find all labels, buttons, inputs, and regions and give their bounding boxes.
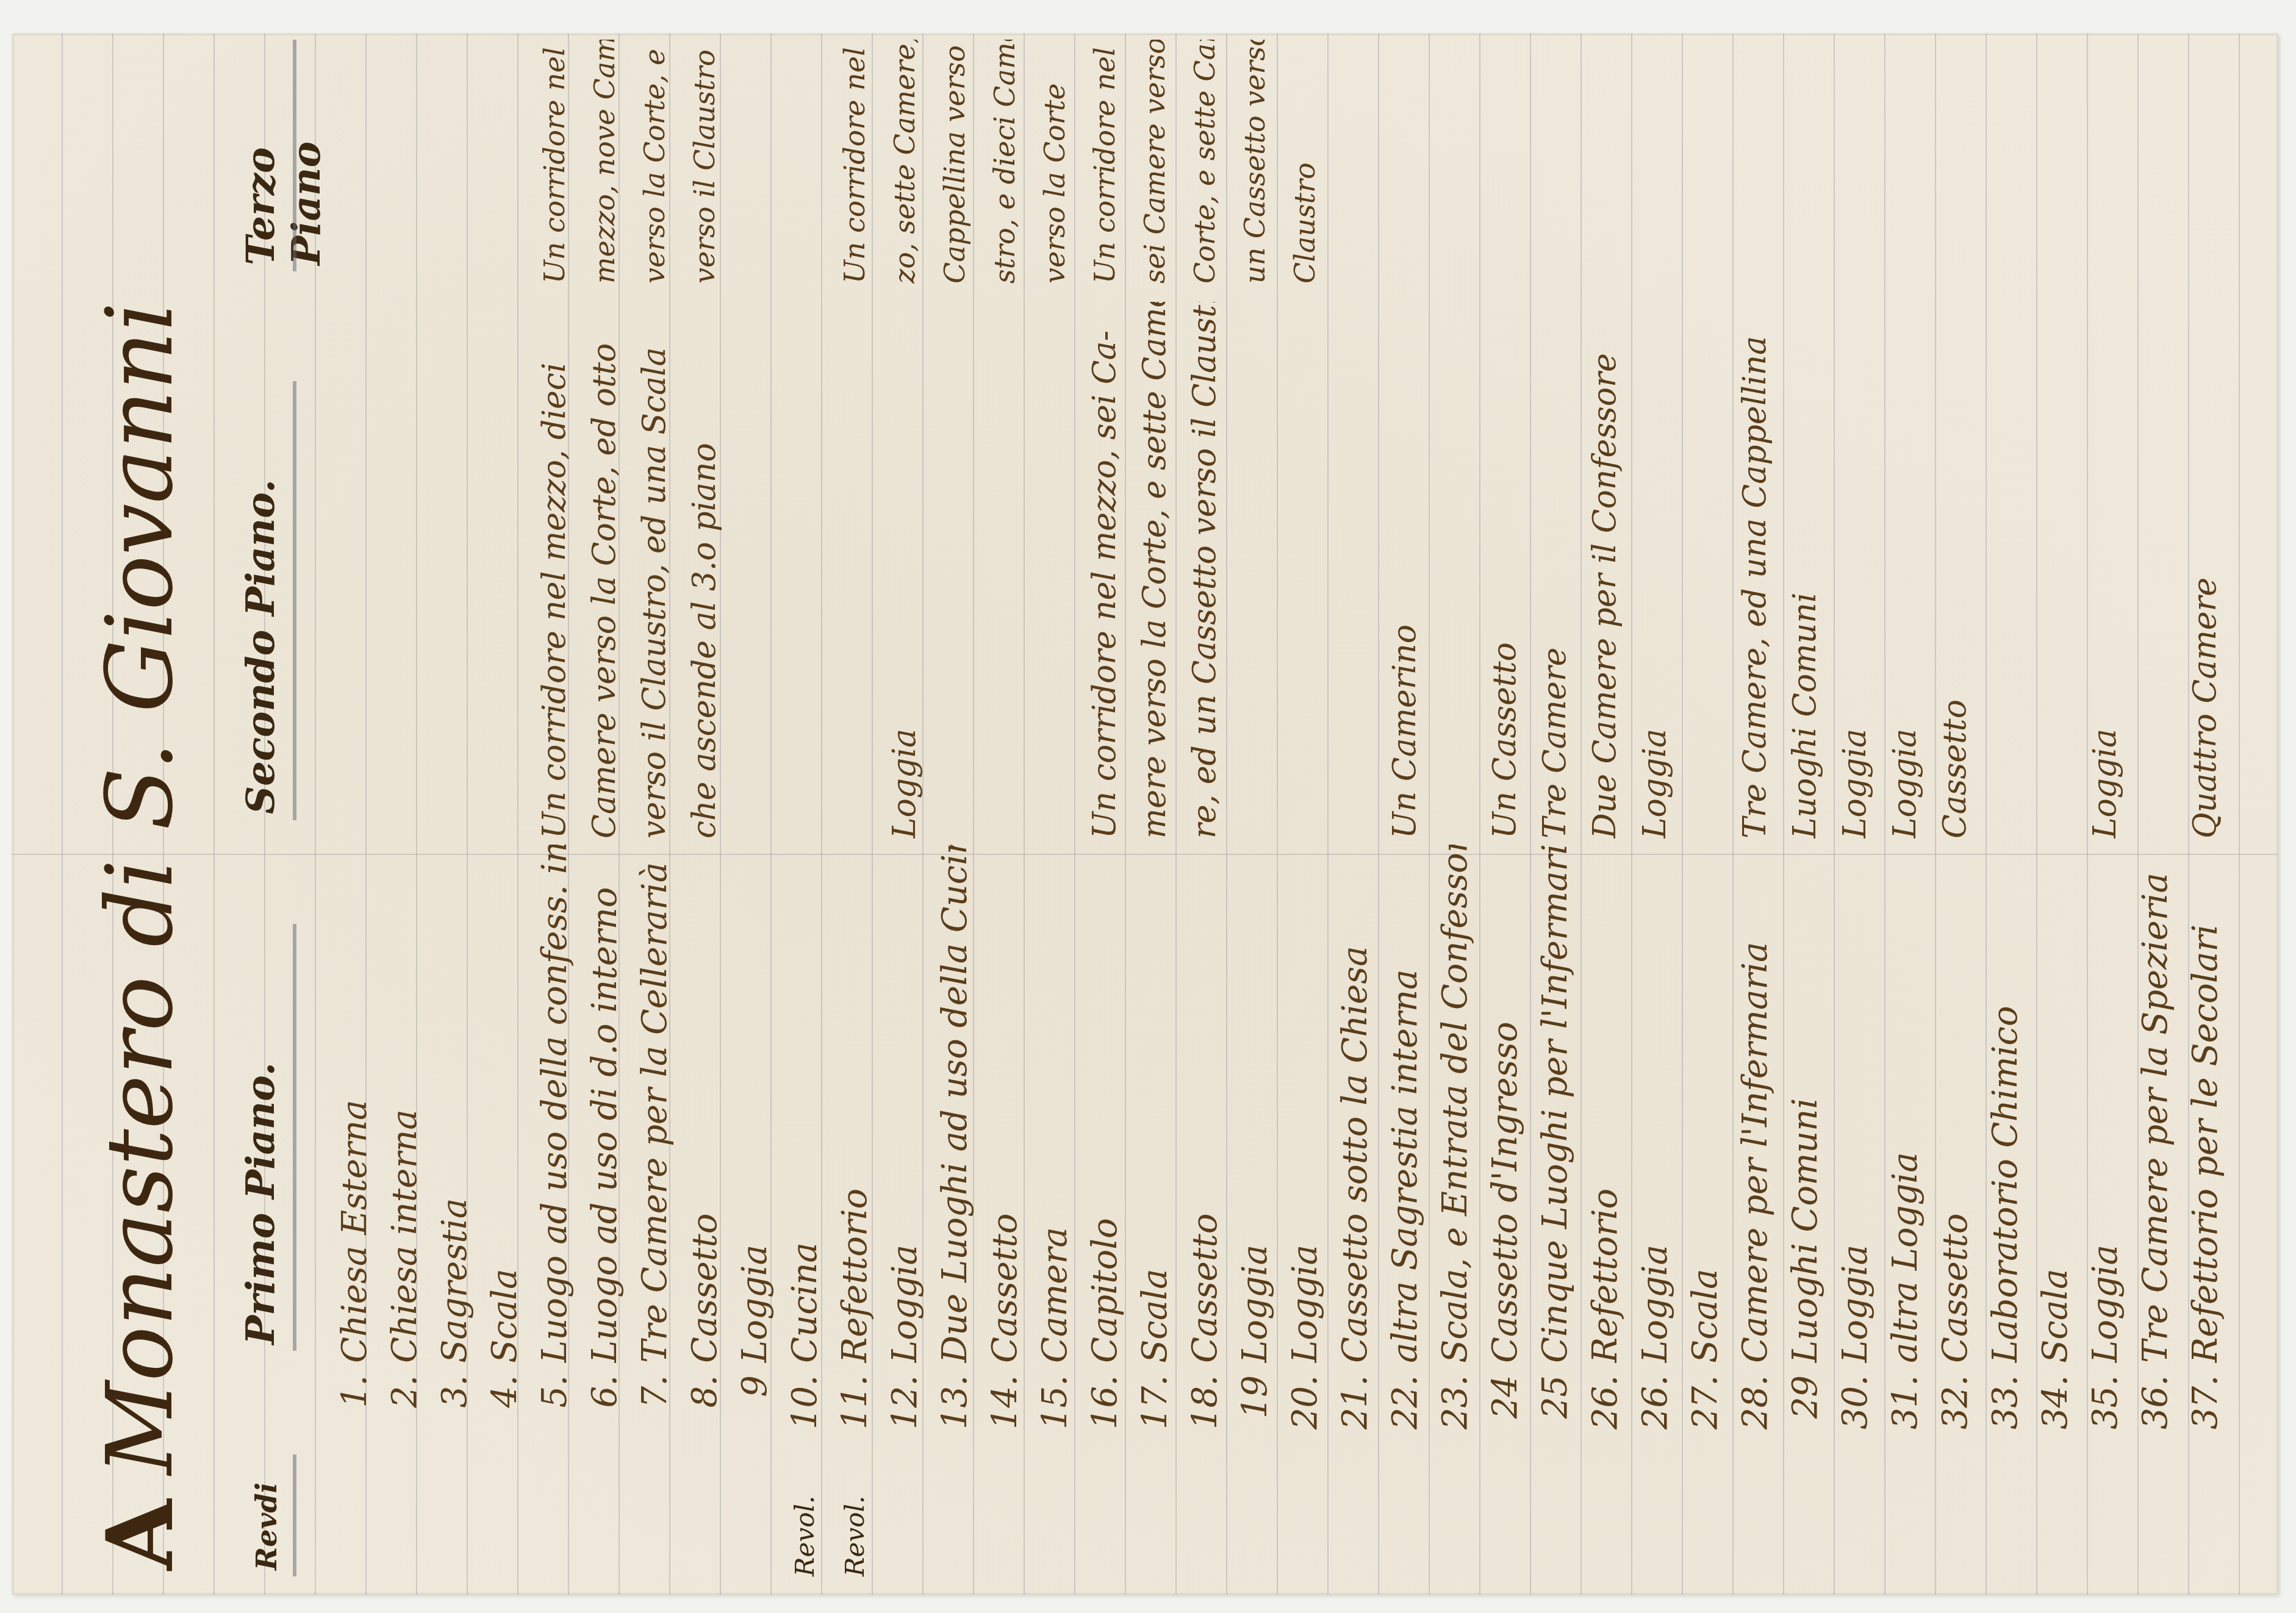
secondo-piano-cell: Loggia: [1637, 302, 1673, 839]
table-row: 26.LoggiaLoggia: [1630, 34, 1680, 1595]
primo-piano-cell: Scala: [485, 845, 525, 1363]
table-row: 30.LoggiaLoggia: [1830, 34, 1880, 1595]
room-number: 9: [735, 1375, 775, 1448]
terzo-piano-cell: sei Camere verso la: [1138, 40, 1171, 284]
primo-piano-cell: Chiesa Esterna: [335, 845, 375, 1363]
header-revisions: Revdi: [250, 1482, 283, 1570]
primo-piano-cell: Refettorio: [1585, 845, 1625, 1363]
secondo-piano-cell: Tre Camere, ed una Cappellina: [1737, 302, 1773, 839]
primo-piano-cell: Loggia: [735, 845, 775, 1363]
primo-piano-cell: Due Luoghi ad uso della Cucina: [935, 845, 975, 1363]
table-row: 26.RefettorioDue Camere per il Confessor…: [1580, 34, 1630, 1595]
table-row: 12.LoggiaLoggiazo, sette Camere, ed una: [880, 34, 930, 1595]
room-number: 31.: [1885, 1375, 1925, 1448]
table-row: 37.Refettorio per le SecolariQuattro Cam…: [2180, 34, 2230, 1595]
table-row: 14.Cassettostro, e dieci Camere: [980, 34, 1030, 1595]
primo-piano-cell: Capitolo: [1085, 845, 1125, 1363]
primo-piano-cell: Cassetto d'Ingresso: [1485, 845, 1525, 1363]
table-row: 25Cinque Luoghi per l'InfermariaTre Came…: [1530, 34, 1580, 1595]
table-row: 18.Cassettore, ed un Cassetto verso il C…: [1180, 34, 1230, 1595]
terzo-piano-cell: verso la Corte: [1038, 40, 1071, 284]
primo-piano-cell: Cassetto: [1935, 845, 1975, 1363]
secondo-piano-cell: Loggia: [2087, 302, 2123, 839]
primo-piano-cell: Tre Camere per la Cellerarià: [635, 845, 675, 1363]
terzo-piano-cell: zo, sette Camere, ed una: [888, 40, 921, 284]
table-row: 35.LoggiaLoggia: [2080, 34, 2130, 1595]
room-number: 8.: [685, 1375, 725, 1448]
underline-terzo: [293, 40, 296, 271]
room-number: 22.: [1385, 1375, 1425, 1448]
room-number: 17.: [1135, 1375, 1175, 1448]
table-row: 5.Luogo ad uso della confess. internaUn …: [529, 34, 579, 1595]
header-primo-piano: Primo Piano.: [238, 1062, 284, 1345]
table-row: Revol.10.Cucina: [780, 34, 830, 1595]
table-row: 22.altra Sagrestia internaUn Camerino: [1380, 34, 1430, 1595]
terzo-piano-cell: mezzo, nove Camere: [588, 40, 621, 284]
room-number: 28.: [1735, 1375, 1775, 1448]
room-number: 37.: [2186, 1375, 2225, 1448]
room-number: 10.: [785, 1375, 825, 1448]
primo-piano-cell: Scala: [1135, 845, 1175, 1363]
table-row: 20.LoggiaClaustro: [1280, 34, 1330, 1595]
room-number: 26.: [1635, 1375, 1675, 1448]
secondo-piano-cell: Cassetto: [1937, 302, 1973, 839]
table-row: 2.Chiesa interna: [379, 34, 429, 1595]
room-number: 27.: [1685, 1375, 1725, 1448]
primo-piano-cell: Loggia: [1635, 845, 1675, 1363]
secondo-piano-cell: Tre Camere: [1537, 302, 1573, 839]
table-row: 28.Camere per l'InfermariaTre Camere, ed…: [1730, 34, 1780, 1595]
header-secondo-piano: Secondo Piano.: [238, 479, 284, 814]
terzo-piano-cell: Un corridore nel mez-: [838, 40, 871, 284]
secondo-piano-cell: Camere verso la Corte, ed otto: [586, 302, 623, 839]
primo-piano-cell: Cassetto sotto la Chiesa: [1335, 845, 1375, 1363]
table-row: 19Loggiaun Cassetto verso il: [1230, 34, 1280, 1595]
table-row: 9Loggia: [730, 34, 780, 1595]
table-row: 3.Sagrestia: [429, 34, 479, 1595]
revision-mark: Revol.: [790, 1491, 820, 1576]
room-number: 14.: [985, 1375, 1025, 1448]
terzo-piano-cell: Claustro: [1288, 40, 1321, 284]
room-number: 2.: [385, 1375, 425, 1448]
secondo-piano-cell: mere verso la Corte, e sette Came-: [1136, 302, 1173, 839]
primo-piano-cell: Cassetto: [685, 845, 725, 1363]
room-number: 23.: [1435, 1375, 1475, 1448]
table-row: 15.Cameraverso la Corte: [1030, 34, 1080, 1595]
room-number: 29: [1785, 1375, 1825, 1448]
primo-piano-cell: Refettorio: [835, 845, 875, 1363]
underline-primo: [293, 924, 296, 1351]
primo-piano-cell: Cassetto: [1185, 845, 1225, 1363]
secondo-piano-cell: Luoghi Comuni: [1787, 302, 1823, 839]
secondo-piano-cell: Quattro Camere: [2187, 302, 2223, 839]
room-number: 32.: [1935, 1375, 1975, 1448]
room-number: 25: [1535, 1375, 1575, 1448]
room-number: 19: [1235, 1375, 1275, 1448]
primo-piano-cell: Cinque Luoghi per l'Infermaria: [1535, 845, 1575, 1363]
room-number: 1.: [335, 1375, 375, 1448]
secondo-piano-cell: re, ed un Cassetto verso il Claustro: [1186, 302, 1223, 839]
table-row: Revol.11.RefettorioUn corridore nel mez-: [830, 34, 880, 1595]
terzo-piano-cell: Un corridore nel mezzo: [1088, 40, 1121, 284]
secondo-piano-cell: Un Cassetto: [1487, 302, 1523, 839]
primo-piano-cell: Scala: [2036, 845, 2075, 1363]
secondo-piano-cell: Un corridore nel mezzo, dieci: [536, 302, 573, 839]
revision-mark: Revol.: [840, 1491, 870, 1576]
room-number: 15.: [1035, 1375, 1075, 1448]
terzo-piano-cell: Un corridore nel: [538, 40, 571, 284]
table-row: 17.Scalamere verso la Corte, e sette Cam…: [1130, 34, 1180, 1595]
primo-piano-cell: Sagrestia: [435, 845, 475, 1363]
primo-piano-cell: Luogo ad uso di d.o interno: [585, 845, 625, 1363]
table-row: 6.Luogo ad uso di d.o internoCamere vers…: [579, 34, 630, 1595]
room-number: 3.: [435, 1375, 475, 1448]
primo-piano-cell: Scala, e Entrata del Confessore: [1435, 845, 1475, 1363]
room-number: 6.: [585, 1375, 625, 1448]
primo-piano-cell: Cassetto: [985, 845, 1025, 1363]
primo-piano-cell: Luogo ad uso della confess. interna: [535, 845, 575, 1363]
terzo-piano-cell: verso la Corte, e nove: [638, 40, 671, 284]
document-title: A Monastero di S. Giovanni: [67, 302, 213, 1570]
secondo-piano-cell: Loggia: [1887, 302, 1923, 839]
table-row: 34.Scala: [2030, 34, 2080, 1595]
room-number: 36.: [2136, 1375, 2175, 1448]
room-number: 21.: [1335, 1375, 1375, 1448]
primo-piano-cell: altra Sagrestia interna: [1385, 845, 1425, 1363]
table-row: 24Cassetto d'IngressoUn Cassetto: [1480, 34, 1530, 1595]
primo-piano-cell: Scala: [1685, 845, 1725, 1363]
room-number: 4.: [485, 1375, 525, 1448]
primo-piano-cell: Loggia: [2086, 845, 2125, 1363]
underline-secondo: [293, 381, 296, 820]
room-number: 13.: [935, 1375, 975, 1448]
primo-piano-cell: Loggia: [1835, 845, 1875, 1363]
primo-piano-cell: Chiesa interna: [385, 845, 425, 1363]
title-text: Monastero di S. Giovanni: [87, 302, 193, 1475]
secondo-piano-cell: Loggia: [1837, 302, 1873, 839]
room-number: 16.: [1085, 1375, 1125, 1448]
room-number: 11.: [835, 1375, 875, 1448]
room-number: 20.: [1285, 1375, 1325, 1448]
table-row: 29Luoghi ComuniLuoghi Comuni: [1780, 34, 1830, 1595]
room-number: 26.: [1585, 1375, 1625, 1448]
inventory-table: 1.Chiesa Esterna2.Chiesa interna3.Sagres…: [329, 34, 2230, 1595]
primo-piano-cell: Cucina: [785, 845, 825, 1363]
secondo-piano-cell: che ascende al 3.o piano: [686, 302, 723, 839]
secondo-piano-cell: Due Camere per il Confessore: [1587, 302, 1623, 839]
table-row: 36.Tre Camere per la Spezieria: [2130, 34, 2180, 1595]
room-number: 7.: [635, 1375, 675, 1448]
table-row: 7.Tre Camere per la Cellerariàverso il C…: [630, 34, 680, 1595]
terzo-piano-cell: Cappellina verso il Clau-: [938, 40, 971, 284]
table-row: 16.CapitoloUn corridore nel mezzo, sei C…: [1080, 34, 1130, 1595]
terzo-piano-cell: verso il Claustro —: [688, 40, 721, 284]
table-row: 33.Laboratorio Chimico: [1980, 34, 2030, 1595]
primo-piano-cell: Camere per l'Infermaria: [1735, 845, 1775, 1363]
room-number: 34.: [2036, 1375, 2075, 1448]
room-number: 5.: [535, 1375, 575, 1448]
room-number: 33.: [1986, 1375, 2025, 1448]
table-row: 1.Chiesa Esterna: [329, 34, 379, 1595]
secondo-piano-cell: Loggia: [886, 302, 923, 839]
secondo-piano-cell: Un corridore nel mezzo, sei Ca-: [1086, 302, 1123, 839]
primo-piano-cell: Luoghi Comuni: [1785, 845, 1825, 1363]
table-row: 27.Scala: [1680, 34, 1730, 1595]
table-row: 8.Cassettoche ascende al 3.o pianoverso …: [680, 34, 730, 1595]
underline-revisions: [293, 1454, 296, 1576]
room-number: 30.: [1835, 1375, 1875, 1448]
primo-piano-cell: Loggia: [1235, 845, 1275, 1363]
table-row: 4.Scala: [479, 34, 529, 1595]
room-number: 35.: [2086, 1375, 2125, 1448]
table-row: 13.Due Luoghi ad uso della CucinaCappell…: [930, 34, 980, 1595]
terzo-piano-cell: un Cassetto verso il: [1238, 40, 1271, 284]
table-row: 31.altra LoggiaLoggia: [1880, 34, 1930, 1595]
primo-piano-cell: Refettorio per le Secolari: [2186, 845, 2225, 1363]
room-number: 24: [1485, 1375, 1525, 1448]
primo-piano-cell: Loggia: [1285, 845, 1325, 1363]
rotated-document: A Monastero di S. Giovanni Revdi Primo P…: [12, 34, 2278, 1595]
terzo-piano-cell: Corte, e sette Camere a: [1188, 40, 1221, 284]
title-initial: A: [87, 1500, 194, 1570]
primo-piano-cell: Loggia: [885, 845, 925, 1363]
table-row: 21.Cassetto sotto la Chiesa: [1330, 34, 1380, 1595]
terzo-piano-cell: stro, e dieci Camere: [988, 40, 1021, 284]
table-row: 32.CassettoCassetto: [1930, 34, 1980, 1595]
primo-piano-cell: Laboratorio Chimico: [1986, 845, 2025, 1363]
room-number: 18.: [1185, 1375, 1225, 1448]
secondo-piano-cell: verso il Claustro, ed una Scala: [636, 302, 673, 839]
table-row: 23.Scala, e Entrata del Confessore: [1430, 34, 1480, 1595]
primo-piano-cell: Camera: [1035, 845, 1075, 1363]
primo-piano-cell: altra Loggia: [1885, 845, 1925, 1363]
secondo-piano-cell: Un Camerino: [1387, 302, 1423, 839]
header-terzo-piano: Terzo Piano: [238, 34, 329, 265]
primo-piano-cell: Tre Camere per la Spezieria: [2136, 845, 2175, 1363]
room-number: 12.: [885, 1375, 925, 1448]
